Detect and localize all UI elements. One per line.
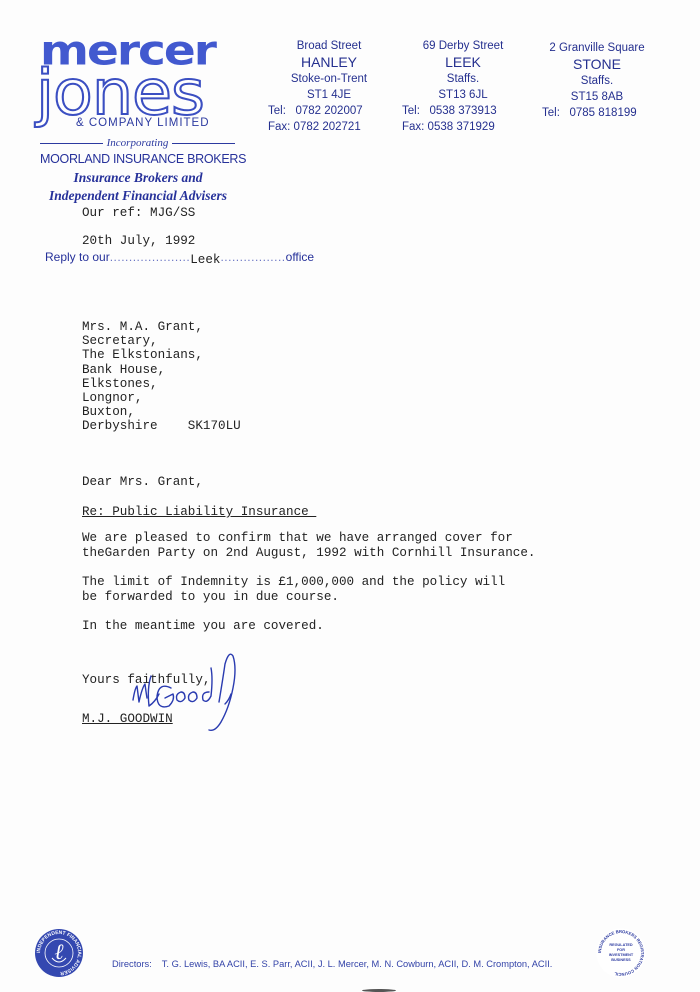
divider	[40, 143, 103, 144]
office-tel: Tel: 0538 373913	[398, 103, 528, 119]
body-paragraph: The limit of Indemnity is £1,000,000 and…	[82, 575, 505, 605]
address-line: Secretary,	[82, 334, 241, 348]
body-paragraph: In the meantime you are covered.	[82, 619, 324, 634]
office-street: 2 Granville Square	[532, 40, 662, 56]
svg-text:REGULATED: REGULATED	[609, 943, 633, 947]
subsidiary-name: MOORLAND INSURANCE BROKERS	[40, 152, 246, 166]
reply-suffix: office	[286, 250, 314, 264]
office-fax: Fax: 0538 371929	[398, 119, 528, 135]
company-suffix: & COMPANY LIMITED	[76, 117, 210, 129]
letter-date: 20th July, 1992	[82, 234, 195, 249]
office-town: STONE	[532, 56, 662, 73]
tagline-line2: Independent Financial Advisers	[40, 187, 236, 205]
office-postcode: ST13 6JL	[398, 87, 528, 103]
our-reference: Our ref: MJG/SS	[82, 206, 195, 221]
letter-page: mercer jones & COMPANY LIMITED Incorpora…	[0, 0, 700, 992]
svg-text:BUSINESS: BUSINESS	[611, 958, 631, 962]
office-street: Broad Street	[264, 38, 394, 54]
svg-text:FOR: FOR	[617, 948, 625, 952]
svg-text:INVESTMENT: INVESTMENT	[609, 953, 634, 957]
directors-label: Directors:	[112, 959, 152, 969]
tagline: Insurance Brokers and Independent Financ…	[40, 169, 236, 205]
directors-names: T. G. Lewis, BA ACII, E. S. Parr, ACII, …	[162, 959, 553, 969]
directors-list: Directors:T. G. Lewis, BA ACII, E. S. Pa…	[112, 959, 552, 969]
logo-jones: jones	[36, 62, 204, 124]
office-county: Staffs.	[532, 73, 662, 89]
reply-prefix: Reply to our	[45, 250, 110, 264]
office-tel: Tel: 0785 818199	[532, 105, 662, 121]
dotted-fill: .................	[220, 250, 285, 264]
office-postcode: ST1 4JE	[264, 87, 394, 103]
ifa-badge-icon: ℓ INDEPENDENT FINANCIAL ADVISER	[34, 928, 84, 978]
recipient-address: Mrs. M.A. Grant,Secretary,The Elkstonian…	[82, 320, 241, 434]
dotted-fill: .....................	[110, 250, 191, 264]
address-line: The Elkstonians,	[82, 348, 241, 362]
address-line: Bank House,	[82, 363, 241, 377]
office-town: HANLEY	[264, 54, 394, 71]
office-leek: 69 Derby Street LEEK Staffs. ST13 6JL Te…	[398, 38, 528, 135]
office-town: LEEK	[398, 54, 528, 71]
office-hanley: Broad Street HANLEY Stoke-on-Trent ST1 4…	[264, 38, 394, 135]
subject-line: Re: Public Liability Insurance	[82, 505, 316, 520]
office-tel: Tel: 0782 202007	[264, 103, 394, 119]
regulatory-seal-icon: INSURANCE BROKERS REGISTRATION COUNCIL R…	[596, 928, 646, 978]
office-county: Staffs.	[398, 71, 528, 87]
address-line: Elkstones,	[82, 377, 241, 391]
reply-to-office: Reply to our.....................Leek...…	[45, 250, 314, 265]
address-line: Mrs. M.A. Grant,	[82, 320, 241, 334]
tagline-line1: Insurance Brokers and	[40, 169, 236, 187]
address-line: Derbyshire SK170LU	[82, 419, 241, 433]
body-paragraph: We are pleased to confirm that we have a…	[82, 531, 535, 561]
office-fax: Fax: 0782 202721	[264, 119, 394, 135]
handwritten-signature	[125, 648, 245, 743]
office-postcode: ST15 8AB	[532, 89, 662, 105]
incorporating-line: Incorporating	[40, 137, 235, 149]
office-county: Stoke-on-Trent	[264, 71, 394, 87]
office-stone: 2 Granville Square STONE Staffs. ST15 8A…	[532, 40, 662, 121]
address-line: Buxton,	[82, 405, 241, 419]
salutation: Dear Mrs. Grant,	[82, 475, 203, 490]
incorporating-label: Incorporating	[107, 137, 169, 149]
address-line: Longnor,	[82, 391, 241, 405]
office-street: 69 Derby Street	[398, 38, 528, 54]
divider	[172, 143, 235, 144]
reply-office: Leek	[190, 253, 220, 267]
